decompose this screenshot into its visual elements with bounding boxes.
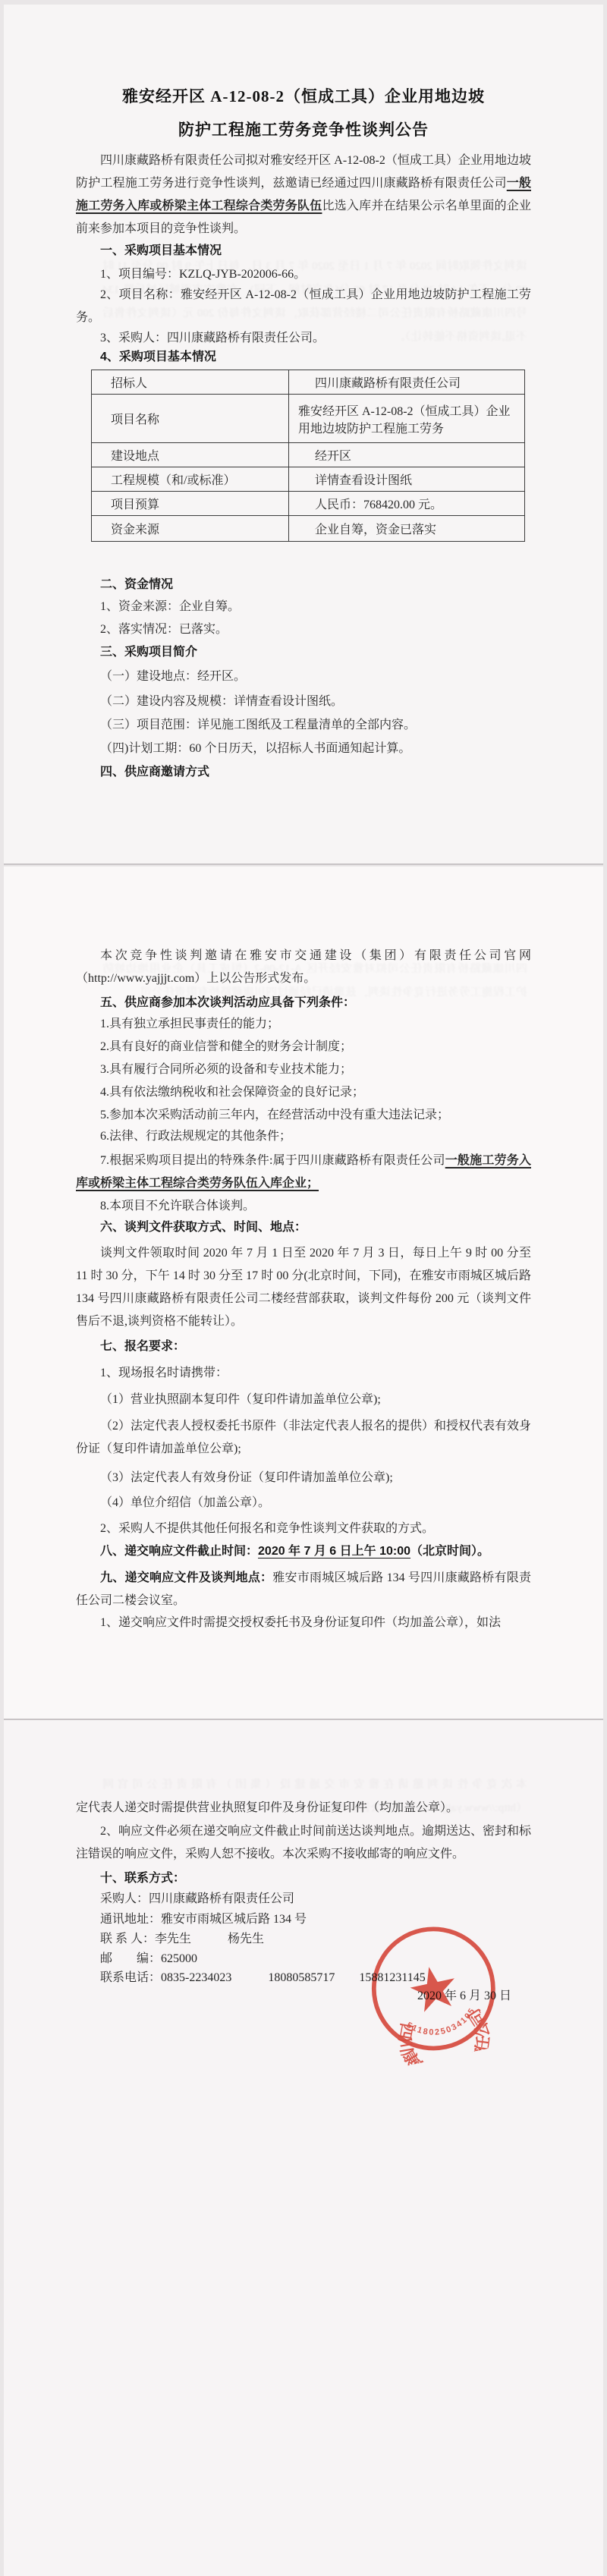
funds-status-line: 2、落实情况：已落实。 (76, 618, 531, 641)
table-value-project-name: 雅安经开区 A-12-08-2（恒成工具）企业用地边坡防护工程施工劳务 (289, 395, 525, 443)
condition-item: 3.具有履行合同所必须的设备和专业技术能力； (76, 1058, 531, 1081)
section-10-heading: 十、联系方式： (76, 1867, 531, 1890)
item-project-number: 1、项目编号：KZLQ-JYB-202006-66。 (76, 263, 531, 286)
contact-purchaser-line: 采购人：四川康藏路桥有限责任公司 (76, 1888, 531, 1911)
condition-item: 5.参加本次采购活动前三年内，在经营活动中没有重大违法记录； (76, 1104, 531, 1127)
table-label-budget: 项目预算 (92, 492, 289, 516)
registration-doc-item: （1）营业执照副本复印件（复印件请加盖单位公章); (76, 1389, 531, 1411)
intro-paragraph: 四川康藏路桥有限责任公司拟对雅安经开区 A-12-08-2（恒成工具）企业用地边… (76, 149, 531, 241)
registration-item: 1、现场报名时请携带： (76, 1362, 531, 1385)
table-row: 建设地点 经开区 (92, 443, 525, 467)
condition-item: 1.具有独立承担民事责任的能力； (76, 1013, 531, 1036)
submission-rule-paragraph: 2、响应文件必须在递交响应文件截止时间前送达谈判地点。逾期送达、密封和标注错误的… (76, 1820, 531, 1866)
registration-doc-item: （3）法定代表人有效身份证（复印件请加盖单位公章); (76, 1467, 531, 1489)
section-4-heading: 四、供应商邀请方式 (76, 761, 531, 784)
title-line-2: 防护工程施工劳务竞争性谈判公告 (4, 113, 603, 146)
deadline-suffix: （北京时间）。 (410, 1545, 489, 1558)
project-content-line: （二）建设内容及规模：详情查看设计图纸。 (76, 690, 531, 713)
project-location-line: （一）建设地点：经开区。 (76, 665, 531, 688)
table-row: 工程规模（和/或标准） 详情查看设计图纸 (92, 467, 525, 492)
table-row: 资金来源 企业自筹，资金已落实 (92, 516, 525, 542)
company-seal: 四川康藏路桥有限责任公司 5118025034105 (354, 1911, 514, 2071)
announcement-publish-paragraph: 本次竞争性谈判邀请在雅安市交通建设（集团）有限责任公司官网（http://www… (76, 945, 531, 990)
scanned-announcement-document: 谈判文件领取时间 2020 年 7 月 1 日至 2020 年 7 月 3 日，… (0, 0, 607, 2576)
condition-item-special: 7.根据采购项目提出的特殊条件:属于四川康藏路桥有限责任公司一般施工劳务入库或桥… (76, 1150, 531, 1195)
section-1-heading: 一、采购项目基本情况 (76, 240, 531, 263)
document-page-1: 谈判文件领取时间 2020 年 7 月 1 日至 2020 年 7 月 3 日，… (4, 5, 603, 865)
item-4-heading: 4、采购项目基本情况 (76, 346, 531, 369)
project-schedule-line: （四)计划工期：60 个日历天，以招标人书面通知起计算。 (76, 738, 531, 760)
document-page-3: 本次竞争性谈判邀请在雅安市交通建设（集团）有限责任公司官网（http://www… (4, 1720, 603, 2576)
submission-location-line: 九、递交响应文件及谈判地点：雅安市雨城区城后路 134 号四川康藏路桥有限责任公… (76, 1567, 531, 1612)
condition-7-text: 7.根据采购项目提出的特殊条件:属于四川康藏路桥有限责任公司 (100, 1154, 445, 1167)
condition-item: 2.具有良好的商业信誉和健全的财务会计制度； (76, 1036, 531, 1058)
table-value-bidder: 四川康藏路桥有限责任公司 (289, 370, 525, 395)
document-page-2: 四川康藏路桥有限责任公司拟对雅安经开区 A-12-08-2（恒成工具）企业用地边… (4, 867, 603, 1720)
table-label-scale: 工程规模（和/或标准） (92, 467, 289, 492)
title-line-1: 雅安经开区 A-12-08-2（恒成工具）企业用地边坡 (4, 80, 603, 113)
page-title: 雅安经开区 A-12-08-2（恒成工具）企业用地边坡 防护工程施工劳务竞争性谈… (4, 80, 603, 146)
project-scope-line: （三）项目范围：详见施工图纸及工程量清单的全部内容。 (76, 714, 531, 737)
table-value-scale: 详情查看设计图纸 (289, 467, 525, 492)
table-row: 招标人 四川康藏路桥有限责任公司 (92, 370, 525, 395)
submission-note-line: 1、递交响应文件时需提交授权委托书及身份证复印件（均加盖公章），如法 (76, 1612, 531, 1634)
star-icon (407, 1962, 460, 2014)
condition-item: 8.本项目不允许联合体谈判。 (76, 1195, 531, 1218)
table-label-location: 建设地点 (92, 443, 289, 467)
deadline-value: 2020 年 7 月 6 日上午 10:00 (258, 1545, 410, 1558)
document-pickup-paragraph: 谈判文件领取时间 2020 年 7 月 1 日至 2020 年 7 月 3 日，… (76, 1242, 531, 1333)
condition-item: 4.具有依法缴纳税收和社会保障资金的良好记录； (76, 1081, 531, 1104)
section-3-heading: 三、采购项目简介 (76, 641, 531, 664)
table-value-location: 经开区 (289, 443, 525, 467)
registration-doc-item: （2）法定代表人授权委托书原件（非法定代表人报名的提供）和授权代表有效身份证（复… (76, 1415, 531, 1461)
table-value-funds: 企业自筹，资金已落实 (289, 516, 525, 542)
intro-text: 四川康藏路桥有限责任公司拟对雅安经开区 A-12-08-2（恒成工具）企业用地边… (76, 154, 531, 190)
section-7-heading: 七、报名要求： (76, 1335, 531, 1358)
deadline-label: 八、递交响应文件截止时间： (100, 1545, 258, 1558)
table-label-project-name: 项目名称 (92, 395, 289, 443)
section-2-heading: 二、资金情况 (76, 574, 531, 596)
table-label-funds: 资金来源 (92, 516, 289, 542)
registration-doc-item: （4）单位介绍信（加盖公章）。 (76, 1492, 531, 1514)
table-row: 项目预算 人民币：768420.00 元。 (92, 492, 525, 516)
continuation-line: 定代表人递交时需提供营业执照复印件及身份证复印件（均加盖公章）。 (76, 1797, 531, 1820)
section-6-heading: 六、谈判文件获取方式、时间、地点： (76, 1216, 531, 1239)
deadline-line: 八、递交响应文件截止时间：2020 年 7 月 6 日上午 10:00（北京时间… (76, 1540, 531, 1563)
table-value-budget: 人民币：768420.00 元。 (289, 492, 525, 516)
item-project-name: 2、项目名称：雅安经开区 A-12-08-2（恒成工具）企业用地边坡防护工程施工… (76, 284, 531, 329)
table-row: 项目名称 雅安经开区 A-12-08-2（恒成工具）企业用地边坡防护工程施工劳务 (92, 395, 525, 443)
section-5-heading: 五、供应商参加本次谈判活动应具备下列条件： (76, 992, 531, 1014)
project-info-table: 招标人 四川康藏路桥有限责任公司 项目名称 雅安经开区 A-12-08-2（恒成… (91, 370, 525, 542)
location-label: 九、递交响应文件及谈判地点： (100, 1571, 272, 1584)
condition-item: 6.法律、行政法规规定的其他条件； (76, 1125, 531, 1148)
table-label-bidder: 招标人 (92, 370, 289, 395)
registration-item: 2、采购人不提供其他任何报名和竞争性谈判文件获取的方式。 (76, 1518, 531, 1540)
seal-company-text: 四川康藏路桥有限责任公司 (392, 2003, 502, 2071)
funds-source-line: 1、资金来源：企业自筹。 (76, 596, 531, 618)
